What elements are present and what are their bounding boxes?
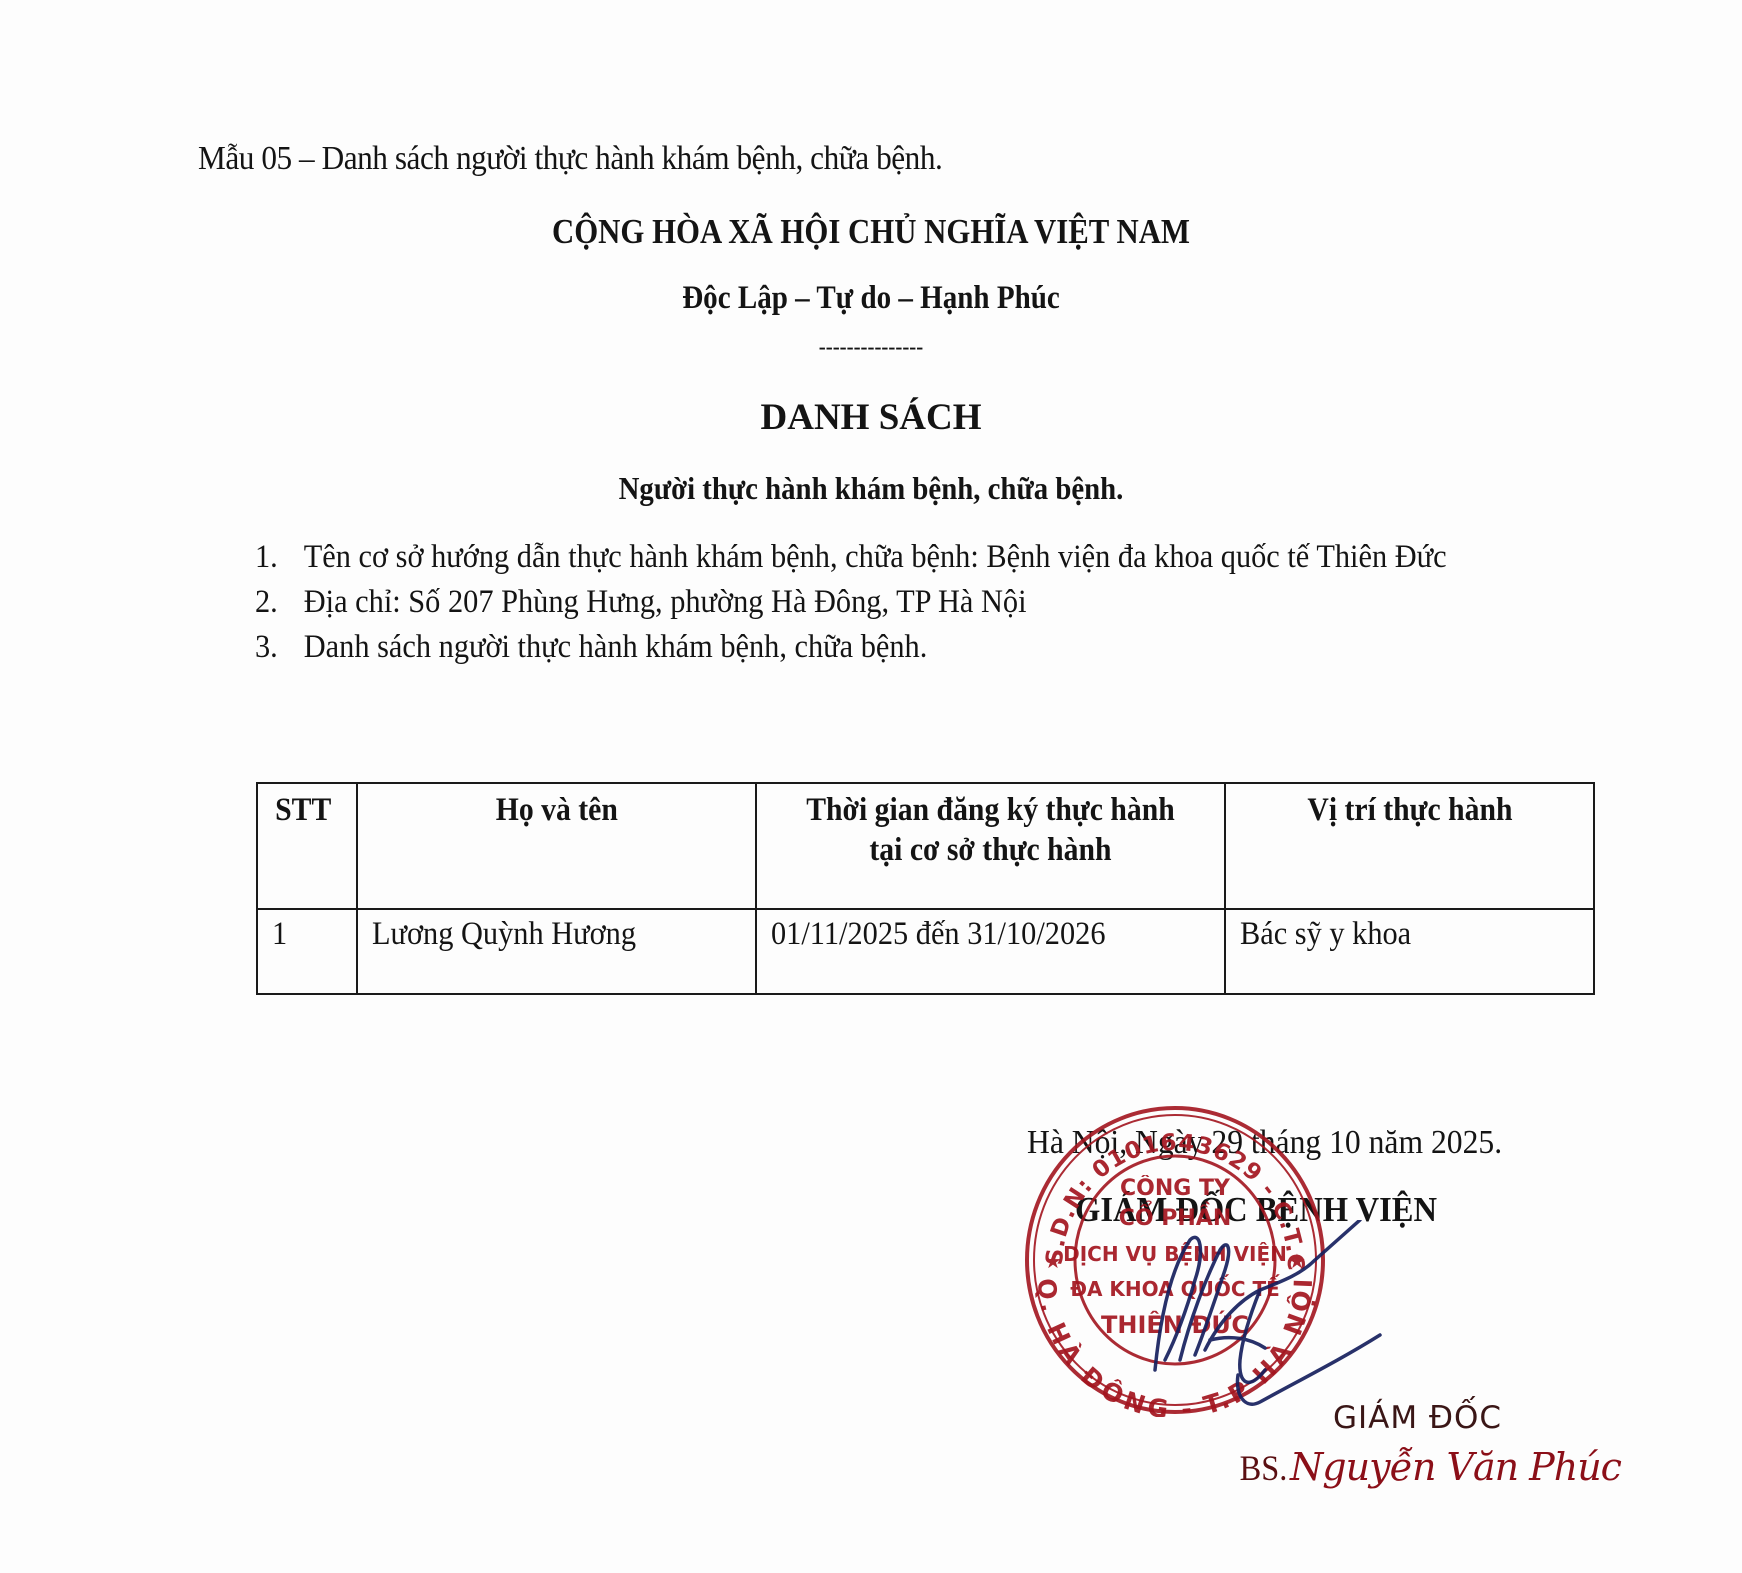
cell-name: Lương Quỳnh Hương [357,909,756,994]
signer-name: BS.Nguyễn Văn Phúc [1237,1445,1621,1490]
svg-text:★: ★ [1044,1249,1062,1273]
header-registration-period: Thời gian đăng ký thực hành tại cơ sở th… [756,783,1225,909]
info-list: 1. Tên cơ sở hướng dẫn thực hành khám bệ… [255,535,1575,670]
document-subtitle: Người thực hành khám bệnh, chữa bệnh. [87,470,1655,507]
cell-position: Bác sỹ y khoa [1225,909,1594,994]
facility-address: Địa chỉ: Số 207 Phùng Hưng, phường Hà Đô… [304,584,1027,620]
list-number: 2. [255,580,278,625]
table-header-row: STT Họ và tên Thời gian đăng ký thực hàn… [257,783,1594,909]
info-item-facility: 1. Tên cơ sở hướng dẫn thực hành khám bệ… [255,535,1469,580]
info-item-list-label: 3. Danh sách người thực hành khám bệnh, … [255,625,1469,670]
form-label: Mẫu 05 – Danh sách người thực hành khám … [198,140,942,178]
list-label: Danh sách người thực hành khám bệnh, chữ… [304,629,928,665]
header-divider: --------------- [44,334,1699,360]
table-row: 1 Lương Quỳnh Hương 01/11/2025 đến 31/10… [257,909,1594,994]
facility-name: Tên cơ sở hướng dẫn thực hành khám bệnh,… [304,535,1574,580]
practitioner-table: STT Họ và tên Thời gian đăng ký thực hàn… [256,782,1595,995]
list-number: 1. [255,535,278,580]
info-item-address: 2. Địa chỉ: Số 207 Phùng Hưng, phường Hà… [255,580,1469,625]
header-position: Vị trí thực hành [1225,783,1594,909]
cell-registration-period: 01/11/2025 đến 31/10/2026 [756,909,1225,994]
document-title: DANH SÁCH [0,396,1742,439]
list-number: 3. [255,625,278,670]
signer-name-prefix: BS. [1240,1447,1288,1489]
svg-text:CÔNG TY: CÔNG TY [1120,1175,1231,1201]
signer-name-text: Nguyễn Văn Phúc [1290,1445,1621,1489]
national-title: CỘNG HÒA XÃ HỘI CHỦ NGHĨA VIỆT NAM [105,212,1638,252]
cell-stt: 1 [257,909,357,994]
header-name: Họ và tên [357,783,756,909]
header-stt: STT [257,783,357,909]
handwritten-signature-icon [1150,1220,1450,1420]
national-motto: Độc Lập – Tự do – Hạnh Phúc [105,280,1638,317]
